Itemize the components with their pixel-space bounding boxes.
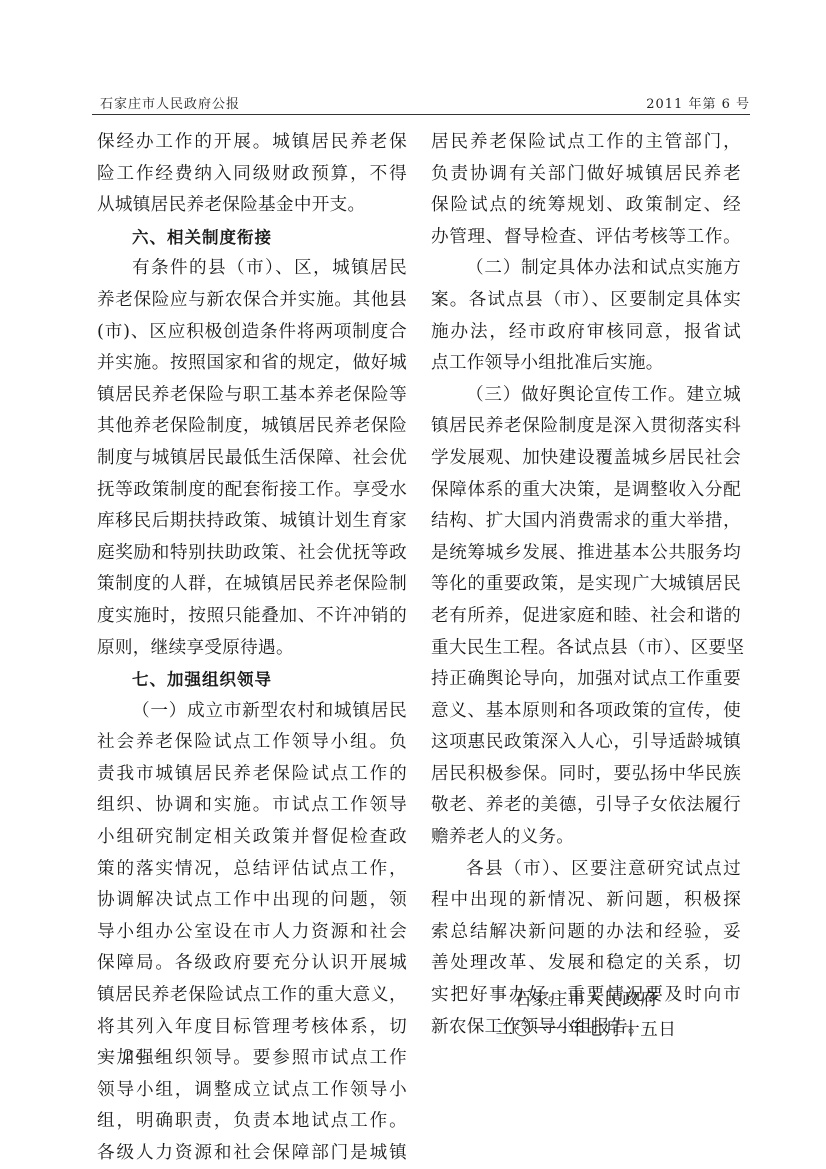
paragraph-first-line: （一）成立市新型农村和城镇居民 bbox=[97, 696, 407, 728]
text-line: 老有所养，促进家庭和睦、社会和谐的 bbox=[431, 601, 741, 633]
text-line: 责我市城镇居民养老保险试点工作的 bbox=[97, 759, 407, 791]
text-line: 庭奖励和特别扶助政策、社会优抚等政 bbox=[97, 538, 407, 570]
text-line: 敬老、养老的美德，引导子女依法履行 bbox=[431, 790, 741, 822]
text-line: 养老保险应与新农保合并实施。其他县 bbox=[97, 285, 407, 317]
text-line: 居民养老保险试点工作的主管部门， bbox=[431, 127, 741, 159]
text-line: 导小组办公室设在市人力资源和社会 bbox=[97, 917, 407, 949]
text-line: 意义、基本原则和各项政策的宣传，使 bbox=[431, 696, 741, 728]
text-line: 制度与城镇居民最低生活保障、社会优 bbox=[97, 443, 407, 475]
text-line: 施办法，经市政府审核同意，报省试 bbox=[431, 317, 741, 349]
text-line: 居民积极参保。同时，要弘扬中华民族 bbox=[431, 759, 741, 791]
issue-number: 2011 年第 6 号 bbox=[646, 93, 750, 112]
publication-title: 石家庄市人民政府公报 bbox=[100, 93, 240, 112]
text-line: 策制度的人群，在城镇居民养老保险制 bbox=[97, 569, 407, 601]
text-line: 等化的重要政策，是实现广大城镇居民 bbox=[431, 569, 741, 601]
text-line: 镇居民养老保险试点工作的重大意义， bbox=[97, 980, 407, 1012]
paragraph-last-line: 从城镇居民养老保险基金中开支。 bbox=[97, 190, 407, 222]
text-line: 是统筹城乡发展、推进基本公共服务均 bbox=[431, 538, 741, 570]
text-line: 协调解决试点工作中出现的问题，领 bbox=[97, 885, 407, 917]
paragraph-first-line: 各县（市）、区要注意研究试点过 bbox=[431, 854, 741, 886]
text-line: 将其列入年度目标管理考核体系，切 bbox=[97, 1012, 407, 1044]
text-line: 策的落实情况，总结评估试点工作， bbox=[97, 854, 407, 886]
paragraph-first-line: （二）制定具体办法和试点实施方 bbox=[431, 253, 741, 285]
text-line: 保障体系的重大决策，是调整收入分配 bbox=[431, 475, 741, 507]
text-line: 领导小组，调整成立试点工作领导小 bbox=[97, 1075, 407, 1107]
section-heading: 七、加强组织领导 bbox=[97, 664, 407, 696]
text-line: (市)、区应积极创造条件将两项制度合 bbox=[97, 317, 407, 349]
right-text-column: 居民养老保险试点工作的主管部门，负责协调有关部门做好城镇居民养老保险试点的统筹规… bbox=[431, 127, 741, 1043]
text-line: 并实施。按照国家和省的规定，做好城 bbox=[97, 348, 407, 380]
text-line: 程中出现的新情况、新问题，积极探 bbox=[431, 885, 741, 917]
text-line: 小组研究制定相关政策并督促检查政 bbox=[97, 822, 407, 854]
signature-date: 二〇一一年七月十五日 bbox=[431, 1015, 741, 1045]
paragraph-last-line: 赡养老人的义务。 bbox=[431, 822, 741, 854]
text-line: 镇居民养老保险与职工基本养老保险等 bbox=[97, 380, 407, 412]
running-header: 石家庄市人民政府公报 2011 年第 6 号 bbox=[92, 93, 750, 113]
text-line: 库移民后期扶持政策、城镇计划生育家 bbox=[97, 506, 407, 538]
text-line: 持正确舆论导向，加强对试点工作重要 bbox=[431, 664, 741, 696]
header-divider bbox=[92, 114, 750, 115]
text-line: 保险试点的统筹规划、政策制定、经 bbox=[431, 190, 741, 222]
text-line: 重大民生工程。各试点县（市）、区要坚 bbox=[431, 633, 741, 665]
text-line: 镇居民养老保险制度是深入贯彻落实科 bbox=[431, 411, 741, 443]
text-line: 结构、扩大国内消费需求的重大举措， bbox=[431, 506, 741, 538]
page-number: — 24 — bbox=[100, 1046, 171, 1064]
text-line: 保经办工作的开展。城镇居民养老保 bbox=[97, 127, 407, 159]
text-line: 保障局。各级政府要充分认识开展城 bbox=[97, 948, 407, 980]
paragraph-first-line: （三）做好舆论宣传工作。建立城 bbox=[431, 380, 741, 412]
text-line: 善处理改革、发展和稳定的关系，切 bbox=[431, 948, 741, 980]
text-line: 组织、协调和实施。市试点工作领导 bbox=[97, 790, 407, 822]
section-heading: 六、相关制度衔接 bbox=[97, 222, 407, 254]
text-line: 社会养老保险试点工作领导小组。负 bbox=[97, 727, 407, 759]
signature-organization: 石家庄市人民政府 bbox=[431, 985, 741, 1015]
left-text-column: 保经办工作的开展。城镇居民养老保险工作经费纳入同级财政预算，不得从城镇居民养老保… bbox=[97, 127, 407, 1169]
text-line: 负责协调有关部门做好城镇居民养老 bbox=[431, 159, 741, 191]
paragraph-last-line: 原则，继续享受原待遇。 bbox=[97, 633, 407, 665]
text-line: 抚等政策制度的配套衔接工作。享受水 bbox=[97, 475, 407, 507]
text-line: 这项惠民政策深入人心，引导适龄城镇 bbox=[431, 727, 741, 759]
text-line: 各级人力资源和社会保障部门是城镇 bbox=[97, 1138, 407, 1169]
text-line: 险工作经费纳入同级财政预算，不得 bbox=[97, 159, 407, 191]
text-line: 办管理、督导检查、评估考核等工作。 bbox=[431, 222, 741, 254]
text-line: 组，明确职责，负责本地试点工作。 bbox=[97, 1106, 407, 1138]
text-line: 度实施时，按照只能叠加、不许冲销的 bbox=[97, 601, 407, 633]
text-line: 学发展观、加快建设覆盖城乡居民社会 bbox=[431, 443, 741, 475]
paragraph-first-line: 有条件的县（市）、区，城镇居民 bbox=[97, 253, 407, 285]
text-line: 其他养老保险制度，城镇居民养老保险 bbox=[97, 411, 407, 443]
paragraph-last-line: 点工作领导小组批准后实施。 bbox=[431, 348, 741, 380]
text-line: 案。各试点县（市）、区要制定具体实 bbox=[431, 285, 741, 317]
text-line: 索总结解决新问题的办法和经验，妥 bbox=[431, 917, 741, 949]
